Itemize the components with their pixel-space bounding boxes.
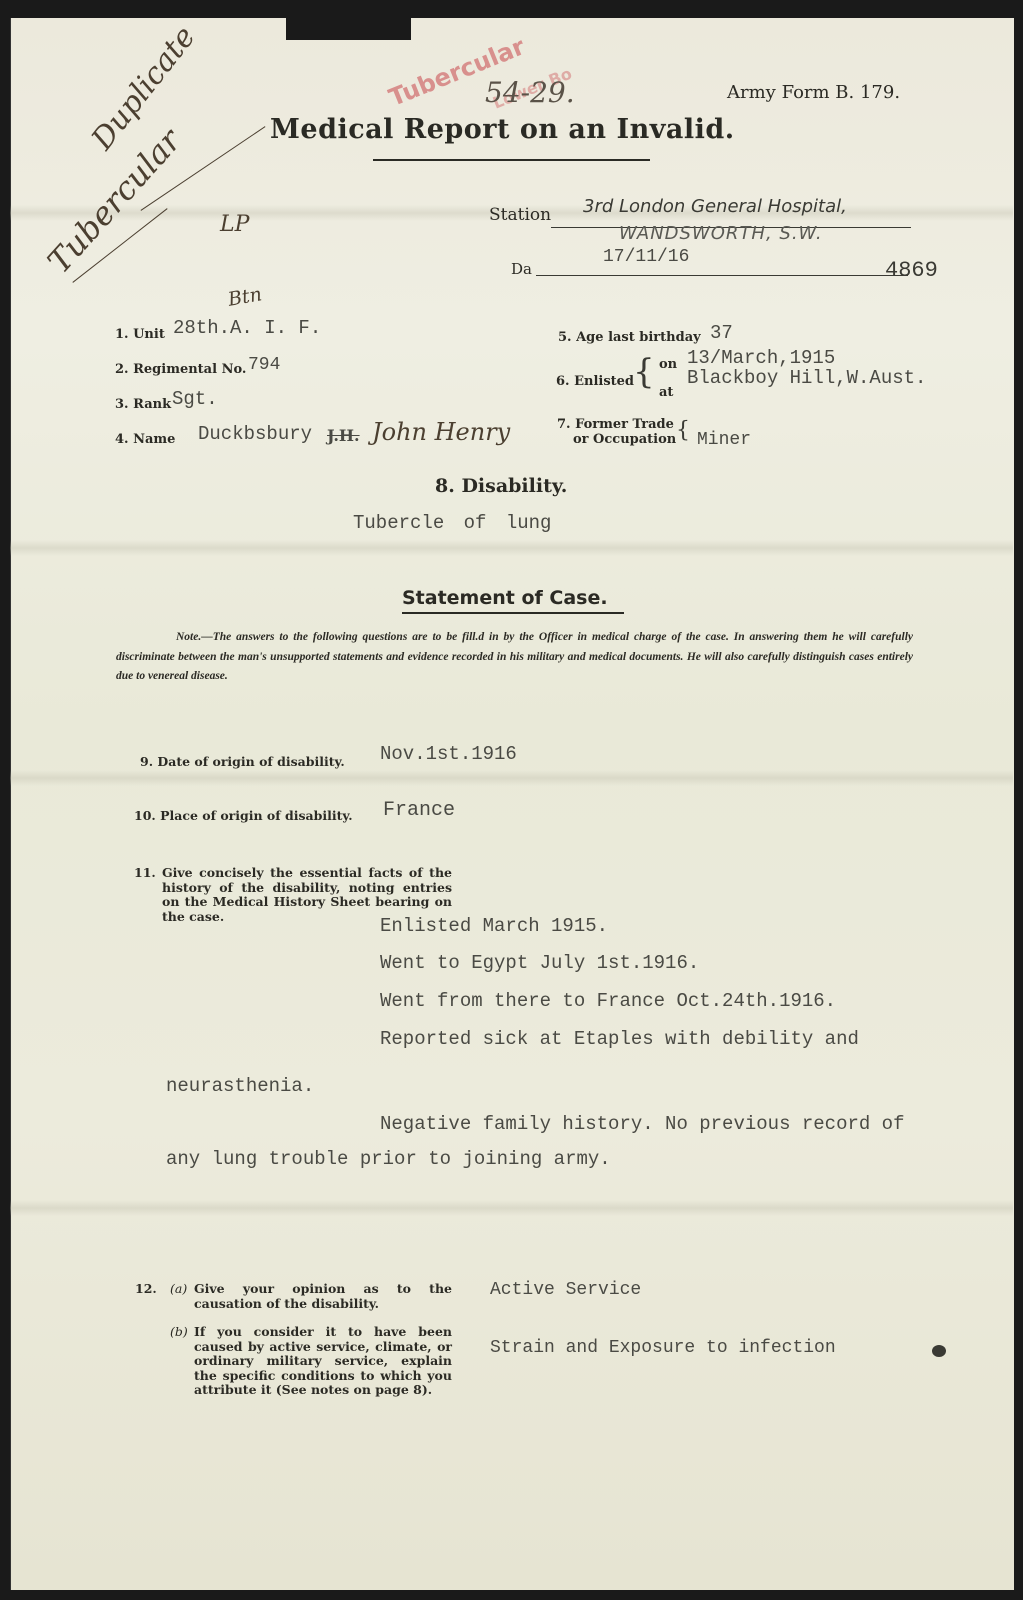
q11-line-4: Reported sick at Etaples with debility a… (380, 1028, 859, 1050)
page-title: Medical Report on an Invalid. (270, 114, 735, 145)
title-underline (373, 159, 650, 161)
rank-label: 3. Rank (115, 397, 171, 412)
form-number: Army Form B. 179. (727, 82, 900, 103)
q12a-marker: (a) (170, 1282, 187, 1297)
q9-answer: Nov.1st.1916 (380, 743, 517, 765)
serial-number: 4869 (885, 258, 938, 283)
statement-note: Note.—The answers to the following quest… (116, 628, 913, 687)
q12-number: 12. (135, 1282, 157, 1297)
q12b-answer: Strain and Exposure to infection (490, 1338, 836, 1358)
handwritten-initials: LP (220, 212, 249, 237)
enlisted-label: 6. Enlisted (556, 374, 634, 389)
enlisted-place: Blackboy Hill,W.Aust. (687, 367, 926, 389)
q11-line-7: any lung trouble prior to joining army. (166, 1148, 611, 1170)
name-surname: Duckbsbury (198, 423, 312, 445)
disability-value: Tubercle of lung (353, 512, 551, 534)
date-line (536, 275, 908, 276)
age-label: 5. Age last birthday (558, 330, 701, 345)
q11-line-1: Enlisted March 1915. (380, 915, 608, 937)
name-handwritten: John Henry (372, 418, 510, 446)
enlisted-at-label: at (659, 385, 673, 400)
handwritten-reference: 54-29. (485, 76, 575, 109)
station-line2: WANDSWORTH, S.W. (619, 223, 823, 244)
ink-blot (932, 1345, 946, 1357)
statement-heading: Statement of Case. (402, 587, 608, 609)
q12b-marker: (b) (170, 1325, 188, 1340)
q12a-label: Give your opinion as to the causation of… (194, 1282, 452, 1311)
paper-fold (10, 1200, 1013, 1216)
rank-value: Sgt. (172, 388, 218, 410)
q10-answer: France (383, 799, 455, 822)
q11-line-3: Went from there to France Oct.24th.1916. (380, 990, 836, 1012)
trade-brace: { (676, 420, 690, 442)
torn-edge (286, 18, 411, 40)
q12a-answer: Active Service (490, 1280, 641, 1300)
q11-line-5: neurasthenia. (166, 1075, 314, 1097)
station-label: Station (489, 205, 551, 225)
q11-line-2: Went to Egypt July 1st.1916. (380, 952, 699, 974)
date-label: Da (511, 260, 532, 278)
enlisted-date: 13/March,1915 (687, 347, 835, 369)
q11-number: 11. (134, 866, 156, 881)
trade-label-1: 7. Former Trade (557, 418, 674, 432)
name-struck-initials: J.H. (327, 426, 360, 445)
age-value: 37 (710, 322, 733, 344)
trade-label-2: or Occupation (573, 433, 676, 447)
paper-fold (10, 540, 1013, 556)
regimental-no-label: 2. Regimental No. (115, 362, 246, 377)
enlisted-brace: { (633, 355, 655, 389)
q9-label: 9. Date of origin of disability. (140, 755, 345, 770)
q10-label: 10. Place of origin of disability. (134, 809, 353, 824)
paper-fold (10, 770, 1013, 786)
q11-line-6: Negative family history. No previous rec… (380, 1113, 905, 1135)
enlisted-on-label: on (659, 357, 677, 372)
statement-underline (402, 612, 624, 614)
unit-value: 28th.A. I. F. (173, 317, 321, 339)
station-line1: 3rd London General Hospital, (583, 196, 847, 217)
disability-heading: 8. Disability. (435, 475, 567, 497)
date-value: 17/11/16 (603, 247, 689, 267)
trade-value: Miner (697, 430, 751, 450)
name-label: 4. Name (115, 432, 175, 447)
q12b-label: If you consider it to have been caused b… (194, 1325, 452, 1398)
regimental-no-value: 794 (248, 355, 280, 375)
unit-label: 1. Unit (115, 327, 165, 342)
